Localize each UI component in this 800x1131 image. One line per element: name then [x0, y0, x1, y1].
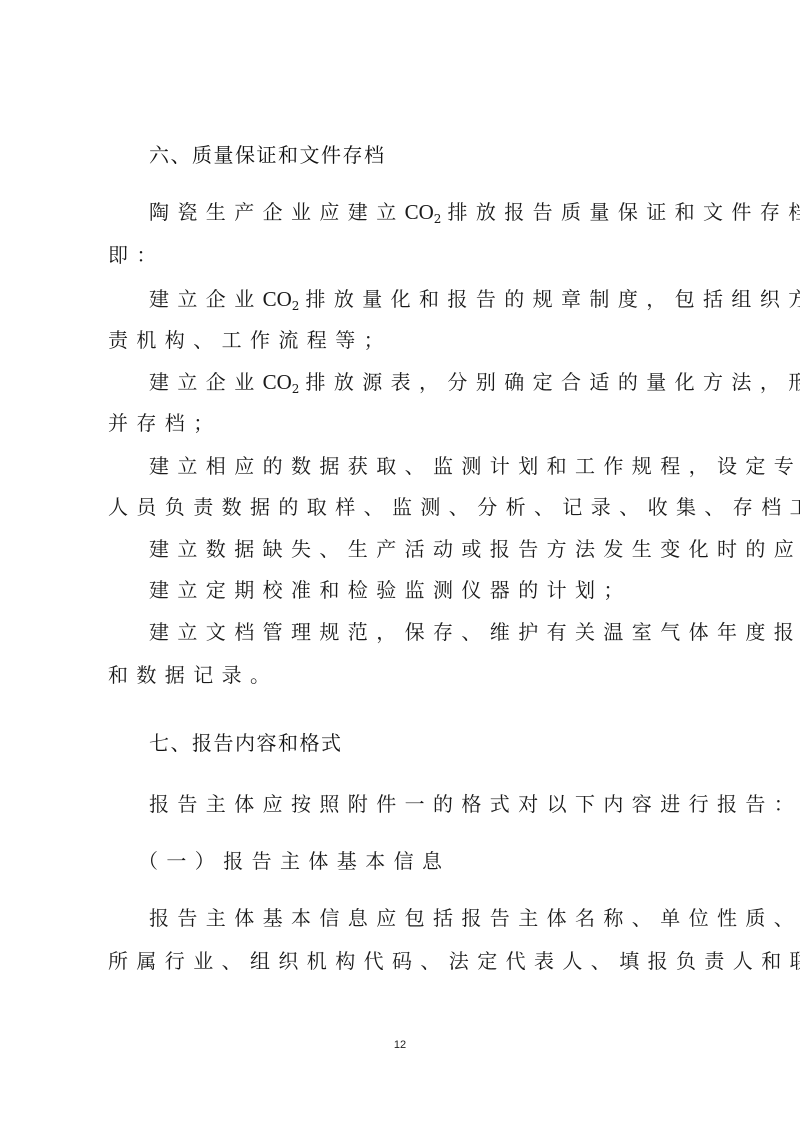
paragraph-line: 责机构、工作流程等； [108, 328, 392, 352]
paragraph-line: 所属行业、组织机构代码、法定代表人、填报负责人和联系人信息。 [108, 949, 800, 973]
paragraph-line: 即： [108, 243, 165, 267]
paragraph-line: 建立企业CO2排放量化和报告的规章制度，包括组织方式、负 [149, 287, 800, 314]
subsection-heading-basic-info: （一）报告主体基本信息 [138, 849, 450, 873]
paragraph-line: 建立数据缺失、生产活动或报告方法发生变化时的应对措施； [149, 537, 800, 561]
chemical-formula: CO [263, 370, 292, 394]
chemical-formula: CO [263, 287, 292, 311]
paragraph-line: 建立文档管理规范，保存、维护有关温室气体年度报告的文档 [149, 620, 800, 644]
text-segment: 排放报告质量保证和文件存档制度， [447, 200, 800, 224]
paragraph-line: 建立相应的数据获取、监测计划和工作规程，设定专职部门和 [149, 454, 800, 478]
paragraph-line: 报告主体基本信息应包括报告主体名称、单位性质、报告年度、 [149, 906, 800, 930]
paragraph-line: 报告主体应按照附件一的格式对以下内容进行报告： [149, 792, 800, 816]
subscript: 2 [292, 299, 300, 313]
paragraph-line: 人员负责数据的取样、监测、分析、记录、收集、存档工作。 [108, 495, 800, 519]
text-segment: 建立企业 [149, 287, 263, 311]
page-number: 12 [0, 1039, 800, 1051]
subscript: 2 [292, 382, 300, 396]
text-segment: 排放源表，分别确定合适的量化方法，形成文件 [305, 370, 800, 394]
paragraph-line: 建立企业CO2排放源表，分别确定合适的量化方法，形成文件 [149, 370, 800, 397]
text-segment: 陶瓷生产企业应建立 [149, 200, 405, 224]
paragraph-line: 建立定期校准和检验监测仪器的计划； [149, 578, 632, 602]
chemical-formula: CO [405, 200, 434, 224]
section-heading-report-content: 七、报告内容和格式 [149, 731, 343, 755]
paragraph-line: 并存档； [108, 411, 222, 435]
text-segment: 建立企业 [149, 370, 263, 394]
section-heading-quality-assurance: 六、质量保证和文件存档 [149, 143, 386, 167]
text-segment: 排放量化和报告的规章制度，包括组织方式、负 [305, 287, 800, 311]
paragraph-line: 和数据记录。 [108, 663, 278, 687]
paragraph-line: 陶瓷生产企业应建立CO2排放报告质量保证和文件存档制度， [149, 200, 800, 227]
subscript: 2 [434, 212, 442, 226]
